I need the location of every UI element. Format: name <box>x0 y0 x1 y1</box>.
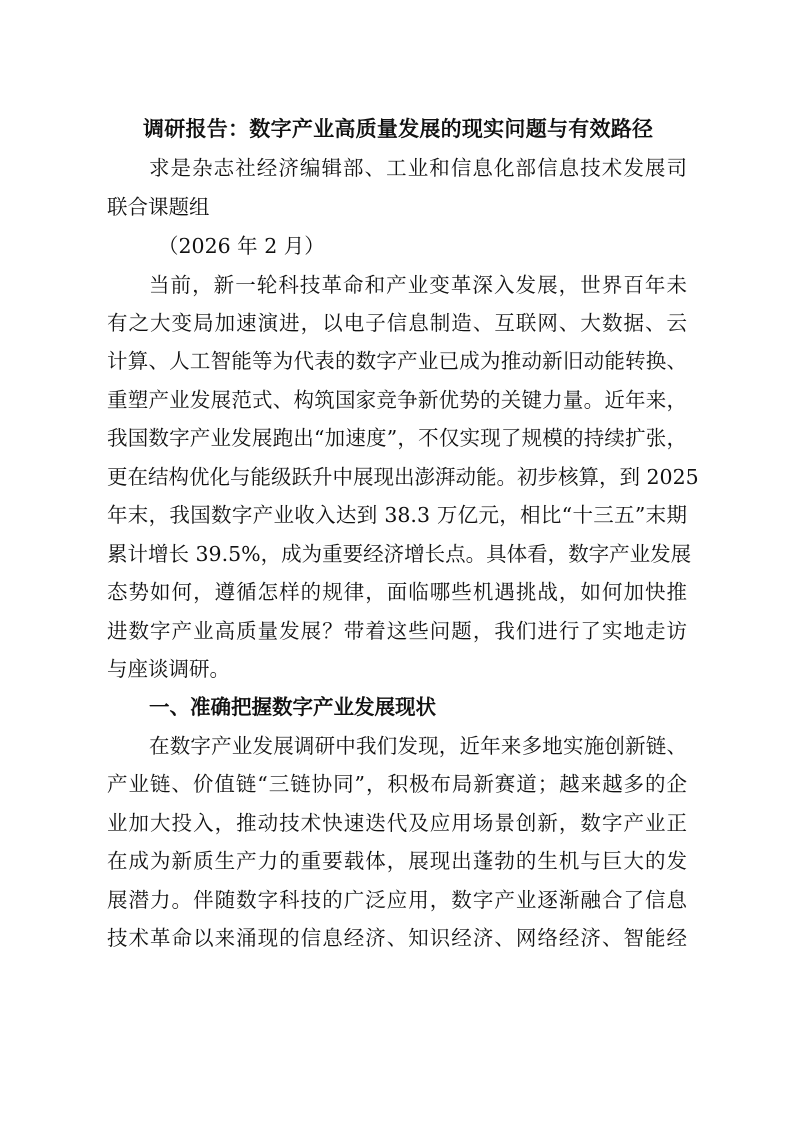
paragraph-line: 在成为新质生产力的重要载体，展现出蓬勃的生机与巨大的发 <box>107 842 687 880</box>
paragraph-line: 更在结构优化与能级跃升中展现出澎湃动能。初步核算，到 2025 <box>107 458 687 496</box>
document-date: （2026 年 2 月） <box>158 227 358 265</box>
paragraph-line: 累计增长 39.5%，成为重要经济增长点。具体看，数字产业发展 <box>107 535 687 573</box>
paragraph-line: 计算、人工智能等为代表的数字产业已成为推动新旧动能转换、 <box>107 342 687 380</box>
paragraph-line: 业加大投入，推动技术快速迭代及应用场景创新，数字产业正 <box>107 804 687 842</box>
paragraph-line: 态势如何，遵循怎样的规律，面临哪些机遇挑战，如何加快推 <box>107 573 687 611</box>
paragraph-line: 有之大变局加速演进，以电子信息制造、互联网、大数据、云 <box>107 304 687 342</box>
paragraph-line: 进数字产业高质量发展？带着这些问题，我们进行了实地走访 <box>107 612 687 650</box>
paragraph-line: 重塑产业发展范式、构筑国家竞争新优势的关键力量。近年来， <box>107 381 687 419</box>
paragraph-line: 展潜力。伴随数字科技的广泛应用，数字产业逐渐融合了信息 <box>107 881 687 919</box>
paragraph-line: 产业链、价值链“三链协同”，积极布局新赛道；越来越多的企 <box>107 765 687 803</box>
paragraph-line: 与座谈调研。 <box>107 650 687 688</box>
document-page: 调研报告：数字产业高质量发展的现实问题与有效路径 求是杂志社经济编辑部、工业和信… <box>0 0 793 1122</box>
paragraph-line: 我国数字产业发展跑出“加速度”，不仅实现了规模的持续扩张， <box>107 419 687 457</box>
section-heading: 一、准确把握数字产业发展现状 <box>149 688 549 726</box>
document-title: 调研报告：数字产业高质量发展的现实问题与有效路径 <box>143 110 653 148</box>
paragraph-line: 年末，我国数字产业收入达到 38.3 万亿元，相比“十三五”末期 <box>107 496 687 534</box>
paragraph-line: 在数字产业发展调研中我们发现，近年来多地实施创新链、 <box>149 727 687 765</box>
author-line: 求是杂志社经济编辑部、工业和信息化部信息技术发展司 <box>149 149 687 187</box>
paragraph-line: 当前，新一轮科技革命和产业变革深入发展，世界百年未 <box>149 266 687 304</box>
paragraph-line: 技术革命以来涌现的信息经济、知识经济、网络经济、智能经 <box>107 919 687 957</box>
author-line: 联合课题组 <box>107 188 687 226</box>
